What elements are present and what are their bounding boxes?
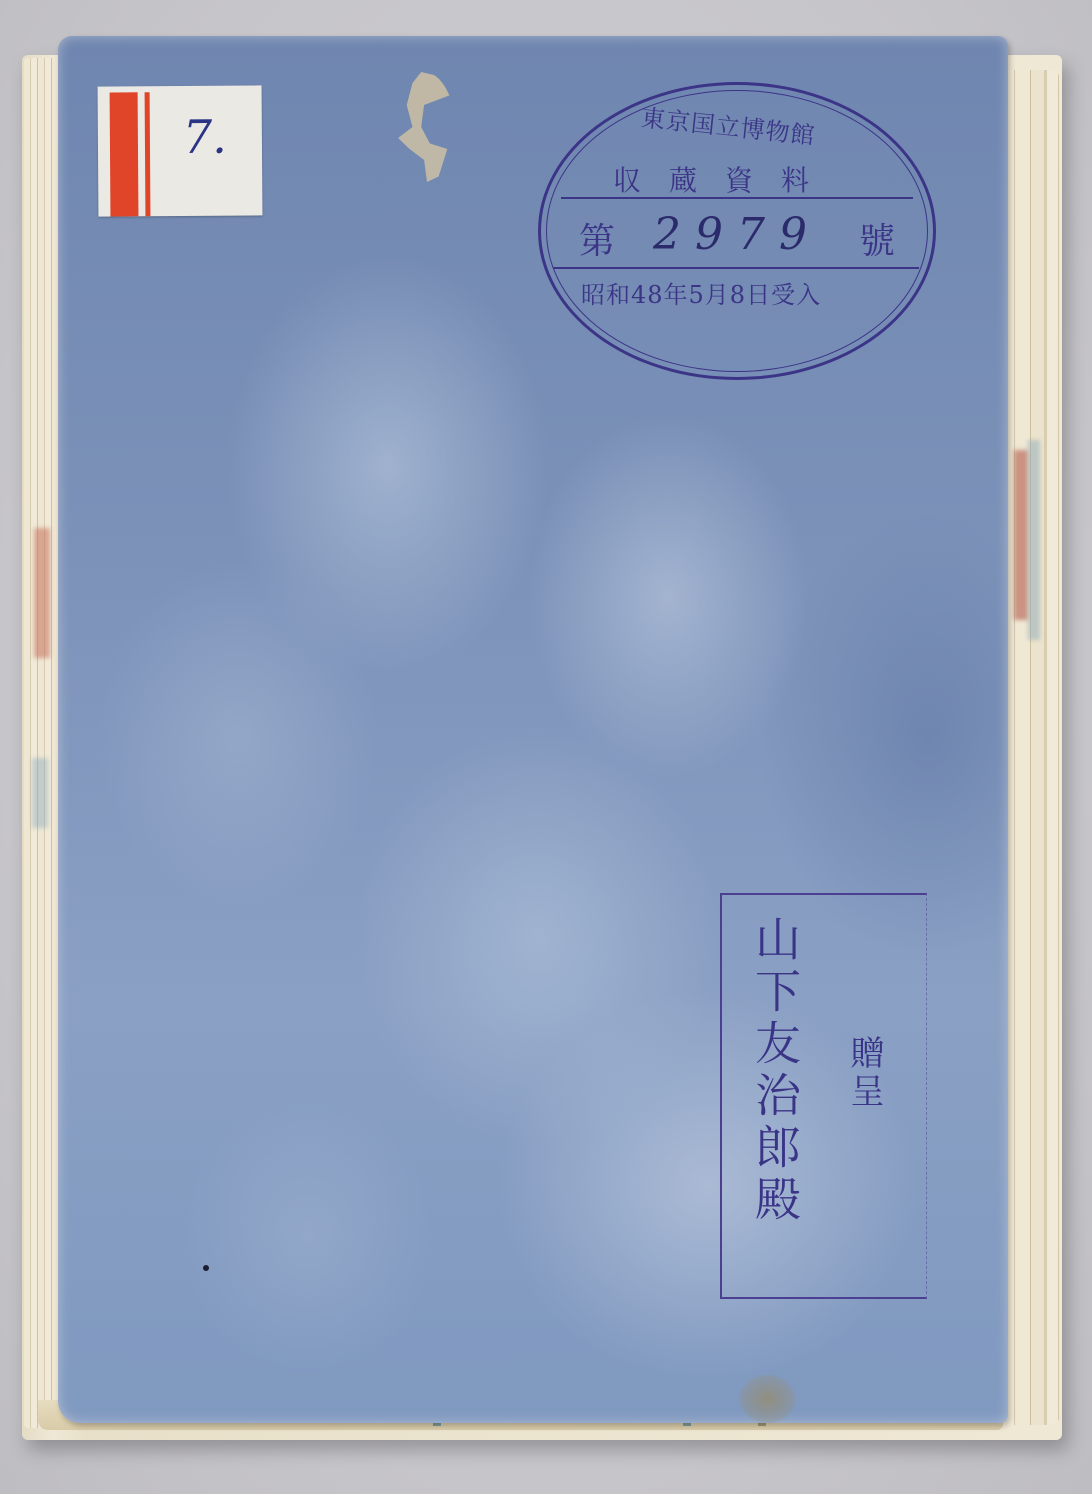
stamp-institution: 東京国立博物館: [640, 98, 818, 151]
catalog-label: 7.: [98, 85, 263, 216]
stamp-divider: [553, 267, 919, 269]
page-edge-right: [1000, 70, 1060, 1425]
blue-stain: [1028, 440, 1040, 640]
honorific-text: 贈呈: [840, 1035, 889, 1111]
red-stain: [1014, 450, 1028, 620]
label-number: 7.: [183, 110, 227, 164]
red-stain: [34, 528, 50, 658]
label-red-stripe: [110, 92, 139, 216]
label-red-stripe-thin: [145, 92, 151, 216]
blue-stain: [32, 758, 48, 828]
recipient-box: 山下友治郎殿 贈呈: [720, 893, 927, 1299]
stamp-accession-prefix: 第: [579, 213, 615, 264]
recipient-name: 山下友治郎殿: [750, 915, 800, 1227]
stamp-received-date: 昭和48年5月8日受入: [581, 275, 821, 310]
stamp-accession-number: 2979: [653, 209, 821, 260]
stamp-accession-suffix: 號: [859, 213, 895, 264]
water-stain: [740, 1375, 795, 1423]
ink-dot: [203, 1265, 209, 1271]
museum-accession-stamp: 東京国立博物館 収蔵資料 第 2979 號 昭和48年5月8日受入: [538, 82, 936, 380]
stamp-category: 収蔵資料: [613, 159, 837, 199]
stamp-divider: [561, 197, 913, 199]
